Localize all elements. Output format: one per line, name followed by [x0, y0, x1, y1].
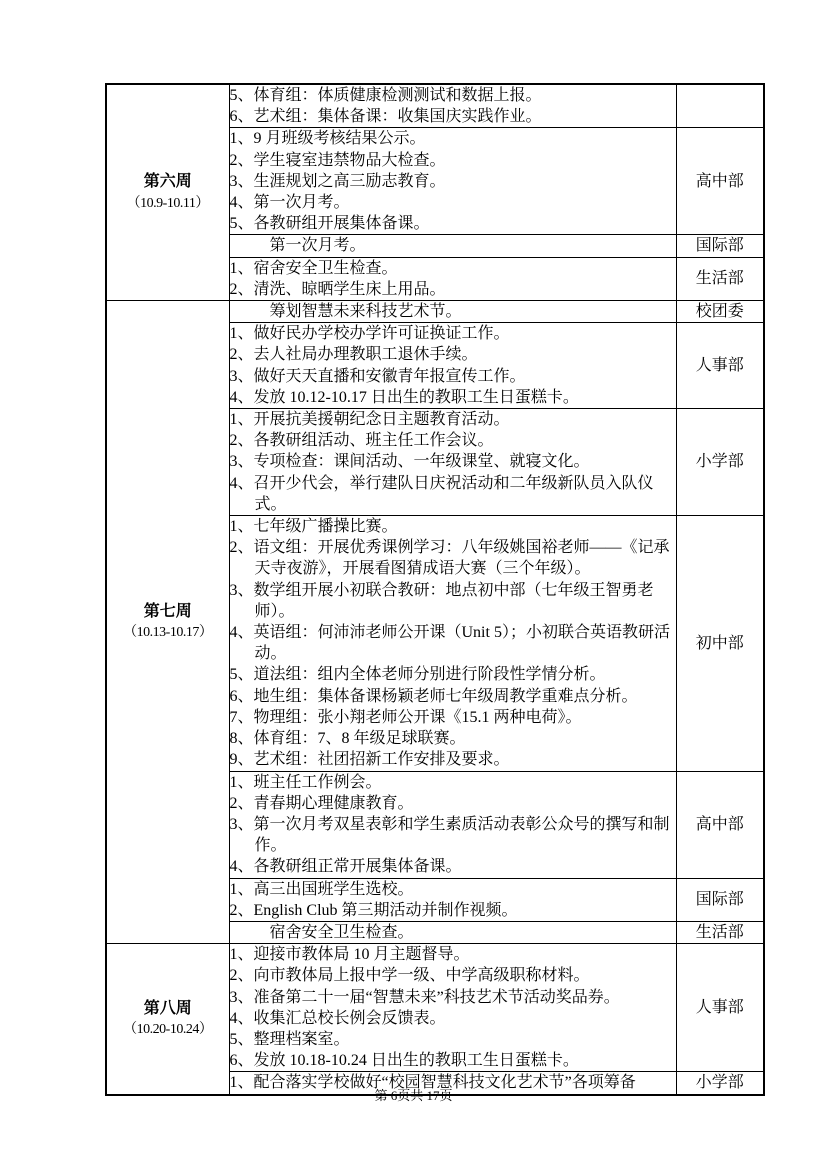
page-footer: 第 6页共 17页 — [0, 1085, 827, 1104]
task-item: 5、道法组：组内全体老师分别进行阶段性学情分析。 — [230, 664, 676, 685]
tasks-cell: 5、体育组：体质健康检测测试和数据上报。 6、艺术组：集体备课：收集国庆实践作业… — [229, 84, 676, 128]
tasks-cell: 1、七年级广播操比赛。 2、语文组：开展优秀课例学习：八年级姚国裕老师——《记承… — [229, 516, 676, 771]
tasks-cell: 1、9 月班级考核结果公示。 2、学生寝室违禁物品大检查。 3、生涯规划之高三励… — [229, 128, 676, 235]
dept-cell: 国际部 — [676, 878, 764, 921]
week-cell: 第六周 （10.9-10.11） — [106, 84, 229, 301]
task-item: 6、发放 10.18-10.24 日出生的教职工生日蛋糕卡。 — [230, 1050, 676, 1071]
task-item: 3、第一次月考双星表彰和学生素质活动表彰公众号的撰写和制作。 — [230, 814, 676, 856]
dept-cell: 生活部 — [676, 257, 764, 300]
task-item: 9、艺术组：社团招新工作安排及要求。 — [230, 749, 676, 770]
tasks-cell: 1、宿舍安全卫生检查。 2、清洗、晾晒学生床上用品。 — [229, 257, 676, 300]
week-cell: 第七周 （10.13-10.17） — [106, 301, 229, 944]
task-item: 3、专项检查：课间活动、一年级课堂、就寝文化。 — [230, 451, 676, 472]
dept-cell: 小学部 — [676, 409, 764, 516]
tasks-cell: 1、做好民办学校办学许可证换证工作。 2、去人社局办理教职工退休手续。 3、做好… — [229, 323, 676, 409]
task-item: 5、整理档案室。 — [230, 1029, 676, 1050]
task-item: 3、准备第二十一届“智慧未来”科技艺术节活动奖品券。 — [230, 987, 676, 1008]
task-item: 6、地生组：集体备课杨颖老师七年级周教学重难点分析。 — [230, 686, 676, 707]
dept-cell: 国际部 — [676, 235, 764, 257]
task-item: 2、清洗、晾晒学生床上用品。 — [230, 279, 676, 300]
task-item: 1、七年级广播操比赛。 — [230, 516, 676, 537]
tasks-cell: 第一次月考。 — [229, 235, 676, 257]
task-item: 第一次月考。 — [230, 235, 676, 256]
table-row: 第七周 （10.13-10.17） 筹划智慧未来科技艺术节。 校团委 — [106, 301, 764, 323]
task-item: 3、生涯规划之高三励志教育。 — [230, 171, 676, 192]
task-item: 3、做好天天直播和安徽青年报宣传工作。 — [230, 366, 676, 387]
task-item: 2、青春期心理健康教育。 — [230, 793, 676, 814]
task-item: 5、各教研组开展集体备课。 — [230, 213, 676, 234]
task-item: 4、召开少代会，举行建队日庆祝活动和二年级新队员入队仪式。 — [230, 473, 676, 515]
task-item: 2、语文组：开展优秀课例学习：八年级姚国裕老师——《记承天寺夜游》，开展看图猜成… — [230, 537, 676, 579]
table-row: 第八周 （10.20-10.24） 1、迎接市教体局 10 月主题督导。 2、向… — [106, 944, 764, 1072]
task-item: 4、发放 10.12-10.17 日出生的教职工生日蛋糕卡。 — [230, 387, 676, 408]
dept-cell: 高中部 — [676, 128, 764, 235]
dept-cell: 人事部 — [676, 323, 764, 409]
week-label: 第六周 — [107, 171, 229, 192]
dept-cell: 校团委 — [676, 301, 764, 323]
dept-cell: 生活部 — [676, 921, 764, 943]
task-item: 1、做好民办学校办学许可证换证工作。 — [230, 323, 676, 344]
task-item: 1、高三出国班学生选校。 — [230, 879, 676, 900]
weekly-schedule-table: 第六周 （10.9-10.11） 5、体育组：体质健康检测测试和数据上报。 6、… — [105, 83, 765, 1096]
task-item: 1、9 月班级考核结果公示。 — [230, 128, 676, 149]
tasks-cell: 筹划智慧未来科技艺术节。 — [229, 301, 676, 323]
task-item: 宿舍安全卫生检查。 — [230, 922, 676, 943]
task-item: 4、第一次月考。 — [230, 192, 676, 213]
task-item: 3、数学组开展小初联合教研：地点初中部（七年级王智勇老师）。 — [230, 580, 676, 622]
week-date-range: （10.20-10.24） — [107, 1019, 229, 1040]
week-label: 第八周 — [107, 998, 229, 1019]
task-item: 2、各教研组活动、班主任工作会议。 — [230, 430, 676, 451]
tasks-cell: 1、班主任工作例会。 2、青春期心理健康教育。 3、第一次月考双星表彰和学生素质… — [229, 771, 676, 878]
task-item: 2、向市教体局上报中学一级、中学高级职称材料。 — [230, 965, 676, 986]
task-item: 1、宿舍安全卫生检查。 — [230, 258, 676, 279]
task-item: 筹划智慧未来科技艺术节。 — [230, 301, 676, 322]
dept-cell — [676, 84, 764, 128]
task-item: 4、英语组：何沛沛老师公开课（Unit 5）；小初联合英语教研活动。 — [230, 622, 676, 664]
task-item: 2、English Club 第三期活动并制作视频。 — [230, 900, 676, 921]
tasks-cell: 1、高三出国班学生选校。 2、English Club 第三期活动并制作视频。 — [229, 878, 676, 921]
task-item: 1、班主任工作例会。 — [230, 772, 676, 793]
task-item: 7、物理组：张小翔老师公开课《15.1 两种电荷》。 — [230, 707, 676, 728]
week-cell: 第八周 （10.20-10.24） — [106, 944, 229, 1095]
tasks-cell: 1、开展抗美援朝纪念日主题教育活动。 2、各教研组活动、班主任工作会议。 3、专… — [229, 409, 676, 516]
document-page: 第六周 （10.9-10.11） 5、体育组：体质健康检测测试和数据上报。 6、… — [0, 0, 827, 1169]
week-date-range: （10.13-10.17） — [107, 622, 229, 643]
dept-cell: 初中部 — [676, 516, 764, 771]
task-item: 4、各教研组正常开展集体备课。 — [230, 856, 676, 877]
dept-cell: 人事部 — [676, 944, 764, 1072]
table-row: 第六周 （10.9-10.11） 5、体育组：体质健康检测测试和数据上报。 6、… — [106, 84, 764, 128]
task-item: 5、体育组：体质健康检测测试和数据上报。 — [230, 85, 676, 106]
tasks-cell: 宿舍安全卫生检查。 — [229, 921, 676, 943]
dept-cell: 高中部 — [676, 771, 764, 878]
week-label: 第七周 — [107, 601, 229, 622]
task-item: 8、体育组：7、8 年级足球联赛。 — [230, 728, 676, 749]
task-item: 2、去人社局办理教职工退休手续。 — [230, 344, 676, 365]
task-item: 4、收集汇总校长例会反馈表。 — [230, 1008, 676, 1029]
task-item: 1、迎接市教体局 10 月主题督导。 — [230, 944, 676, 965]
task-item: 6、艺术组：集体备课：收集国庆实践作业。 — [230, 106, 676, 127]
tasks-cell: 1、迎接市教体局 10 月主题督导。 2、向市教体局上报中学一级、中学高级职称材… — [229, 944, 676, 1072]
week-date-range: （10.9-10.11） — [107, 193, 229, 214]
task-item: 1、开展抗美援朝纪念日主题教育活动。 — [230, 409, 676, 430]
task-item: 2、学生寝室违禁物品大检查。 — [230, 150, 676, 171]
